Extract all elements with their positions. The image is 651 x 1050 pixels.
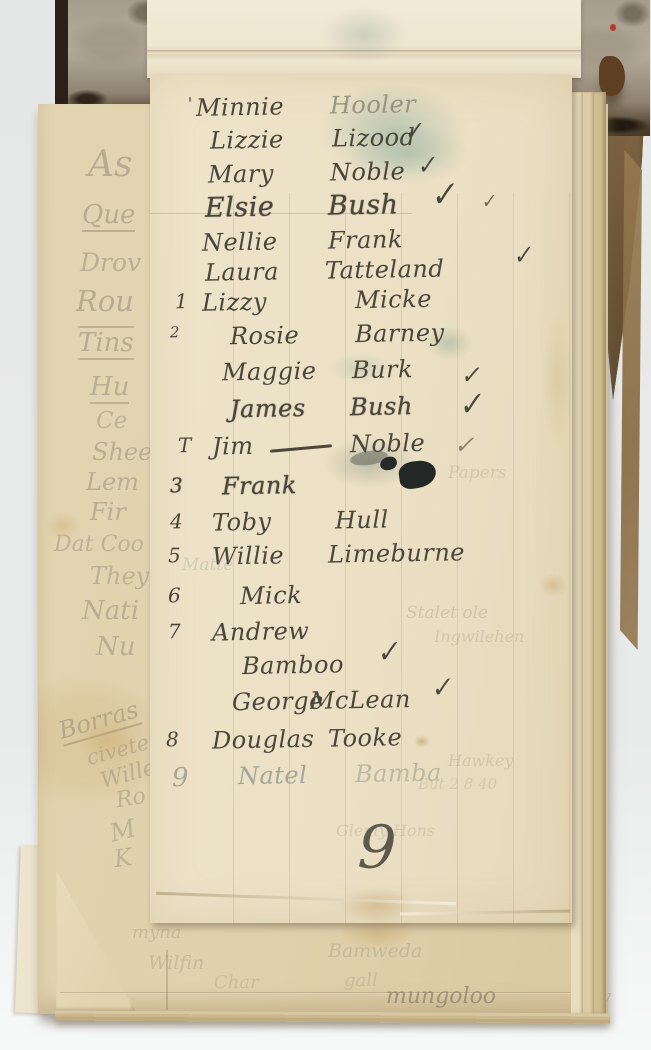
surname: Noble <box>350 429 426 458</box>
first-name: Toby <box>212 508 272 537</box>
ghost-text: Shee <box>92 438 152 466</box>
surname: Lizood <box>332 123 416 152</box>
surname: Barney <box>355 319 445 349</box>
ghost-text: Papers <box>448 463 507 483</box>
checkmark: ✓ <box>431 671 455 706</box>
notebook-page: ' Minnie Hooler Lizzie Lizood Mary Noble… <box>150 75 572 923</box>
first-name: Lizzie <box>210 125 284 154</box>
ghost-text: Hu <box>90 372 129 404</box>
ghost-text: Nati <box>82 596 139 626</box>
page-stack-edge <box>594 92 606 1014</box>
first-name: Bamboo <box>242 650 344 680</box>
first-name: Mick <box>240 581 303 610</box>
checkmark: ✓ <box>459 384 486 424</box>
roster-number: 9 <box>172 763 190 793</box>
surname: Frank <box>328 225 403 254</box>
leather-blotch <box>599 56 625 96</box>
first-name: Rosie <box>230 321 300 350</box>
first-name: Laura <box>205 257 279 286</box>
surname: Tooke <box>328 723 403 752</box>
roster-number: 5 <box>168 543 182 567</box>
first-name: Andrew <box>212 617 310 647</box>
roster-number: 4 <box>170 509 184 533</box>
first-name: Lizzy <box>202 288 267 317</box>
foxing-stain <box>78 716 136 764</box>
checkmark: ✓ <box>481 189 497 213</box>
surname: Tatteland <box>325 255 445 285</box>
roster-number: T <box>178 433 192 457</box>
surname: Hull <box>335 506 389 535</box>
water-stain <box>319 6 409 64</box>
foxing-stain <box>338 887 416 923</box>
roster-number: 2 <box>170 323 180 341</box>
first-name: Frank <box>222 471 297 500</box>
ghost-text: Rou <box>76 284 134 318</box>
roster-number: 7 <box>168 619 182 643</box>
first-name: Douglas <box>212 725 315 755</box>
surname: Noble <box>330 157 406 186</box>
ghost-text: Wilfin <box>148 952 204 974</box>
first-name: Jim <box>212 432 254 461</box>
ghost-text: Char <box>214 972 259 993</box>
checkmark: ✓ <box>377 632 402 670</box>
pressed-crease <box>60 992 605 994</box>
roster-number: 8 <box>166 727 180 751</box>
page-stack-edge <box>571 92 583 1014</box>
ghost-text: Matte <box>182 555 233 575</box>
ghost-text: Glenly Hons <box>336 821 435 840</box>
ghost-text: They <box>90 562 149 590</box>
first-name: Maggie <box>222 357 317 387</box>
ghost-text: Stalet ole <box>406 603 488 623</box>
page-stack-bottom-edge <box>55 1011 610 1024</box>
ghost-text: gall <box>344 970 378 991</box>
ghost-text: Tins <box>78 326 134 360</box>
ghost-text: As <box>88 144 132 185</box>
ghost-text: M <box>107 813 139 847</box>
ghost-text: Fir <box>90 498 126 526</box>
roster-number: 1 <box>175 289 189 313</box>
ghost-text: Nu <box>96 632 136 662</box>
foxing-stain <box>46 512 80 540</box>
ghost-text: Ce <box>96 408 127 434</box>
folded-page-flap <box>147 0 581 78</box>
ghost-text: mungoloo <box>386 984 496 1009</box>
ghost-text: myna <box>132 922 182 943</box>
ghost-text: K <box>112 843 134 873</box>
first-name: Elsie <box>205 192 275 224</box>
roster-number: 6 <box>168 583 182 607</box>
surname: Burk <box>352 355 414 384</box>
checkmark: ✓ <box>431 172 460 216</box>
checkmark: ✓ <box>404 115 426 147</box>
ghost-text: Hawkey <box>448 751 513 770</box>
first-name: Minnie <box>196 92 285 122</box>
first-name: James <box>230 394 306 423</box>
roster-number: 3 <box>170 473 184 497</box>
ghost-text: Lem <box>86 468 139 496</box>
first-name: Nellie <box>202 227 278 256</box>
surname: Micke <box>355 285 432 314</box>
checkmark: ✓ <box>513 239 535 271</box>
first-name: Mary <box>208 160 274 189</box>
red-paint-dot <box>610 24 616 31</box>
page-corner-fold <box>56 870 136 1012</box>
ghost-text: Que <box>82 200 135 232</box>
page-stack-edge <box>583 92 594 1014</box>
surname: McLean <box>310 685 411 715</box>
ghost-text: Drov <box>80 248 141 277</box>
surname: Hooler <box>330 90 417 119</box>
ghost-text: But 2 8 40 <box>418 775 497 793</box>
surname: Limeburne <box>328 538 465 568</box>
roster-number: ' <box>188 94 193 113</box>
ghost-text: Ro <box>114 784 148 814</box>
ghost-text: Ingwilehen <box>434 627 524 646</box>
first-name: Natel <box>238 761 308 790</box>
surname: Bush <box>350 392 413 421</box>
surname: Bush <box>328 189 399 221</box>
